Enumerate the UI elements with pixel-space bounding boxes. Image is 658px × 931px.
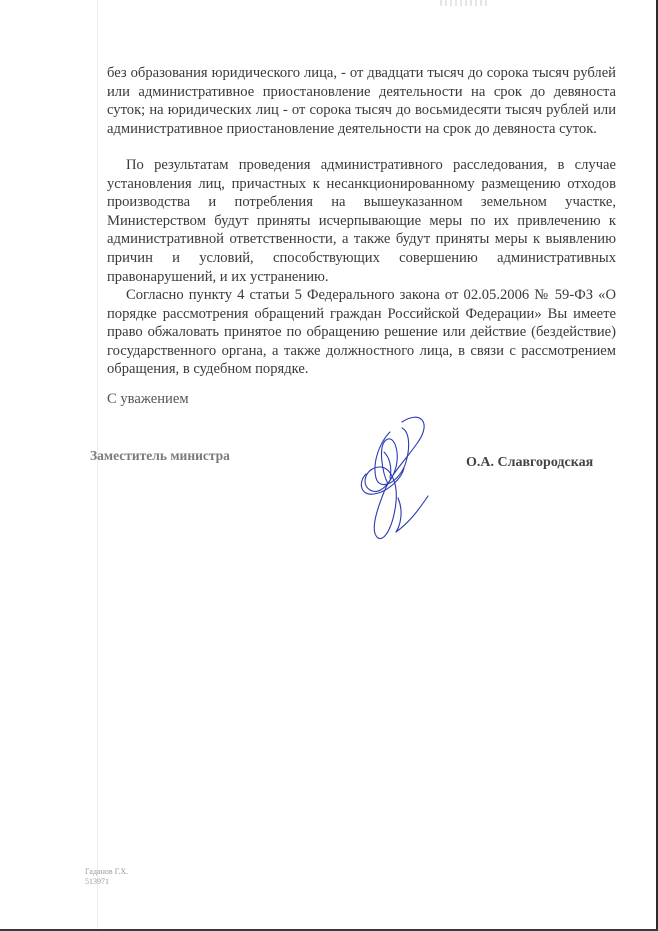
- paragraph-appeal-rights: Согласно пункту 4 статьи 5 Федерального …: [107, 286, 616, 379]
- handwritten-signature-icon: [340, 412, 440, 542]
- paragraph-penalties: без образования юридического лица, - от …: [107, 64, 616, 138]
- executor-footer: Гаданов Г.Х. 513971: [85, 867, 128, 887]
- paragraph-text: По результатам проведения административн…: [107, 156, 616, 286]
- paragraph-text: без образования юридического лица, - от …: [107, 64, 616, 138]
- executor-phone: 513971: [85, 877, 128, 887]
- paragraph-investigation: По результатам проведения административн…: [107, 156, 616, 286]
- closing-salutation: С уважением: [107, 391, 189, 408]
- paragraph-text: Согласно пункту 4 статьи 5 Федерального …: [107, 286, 616, 379]
- signatory-name: О.А. Славгородская: [466, 455, 593, 471]
- signatory-position: Заместитель министра: [90, 448, 230, 464]
- page-fold-line: [97, 0, 98, 931]
- scan-artifact: [440, 0, 488, 6]
- executor-name: Гаданов Г.Х.: [85, 867, 128, 877]
